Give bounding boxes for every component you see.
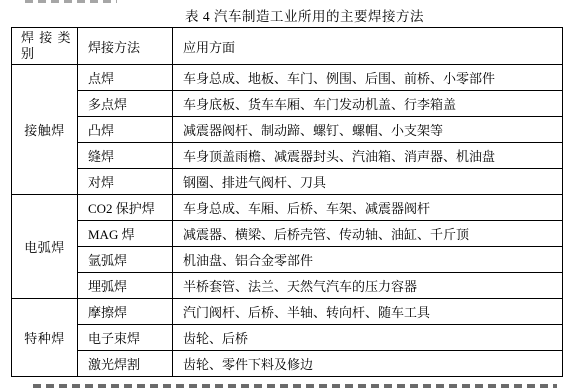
table-row: 埋弧焊半桥套管、法兰、天然气汽车的压力容器	[12, 273, 563, 299]
clipped-text-fragment-top	[25, 0, 117, 3]
category-cell: 电弧焊	[12, 195, 78, 299]
table-row: 接触焊点焊车身总成、地板、车门、例围、后围、前桥、小零部件	[12, 65, 563, 91]
application-cell: 齿轮、零件下料及修边	[173, 351, 563, 377]
clipped-text-fragment-bottom	[33, 384, 557, 388]
table-row: 激光焊割齿轮、零件下料及修边	[12, 351, 563, 377]
application-cell: 车身底板、货车车厢、车门发动机盖、行李箱盖	[173, 91, 563, 117]
table-row: 对焊钢圈、排进气阀杆、刀具	[12, 169, 563, 195]
welding-methods-table: 焊 接 类 别 焊接方法 应用方面 接触焊点焊车身总成、地板、车门、例围、后围、…	[11, 27, 563, 377]
category-cell: 特种焊	[12, 299, 78, 377]
method-cell: 对焊	[78, 169, 173, 195]
method-cell: CO2 保护焊	[78, 195, 173, 221]
application-cell: 车身总成、地板、车门、例围、后围、前桥、小零部件	[173, 65, 563, 91]
application-cell: 半桥套管、法兰、天然气汽车的压力容器	[173, 273, 563, 299]
header-welding-method: 焊接方法	[78, 28, 173, 65]
application-cell: 减震器、横梁、后桥壳管、传动轴、油缸、千斤顶	[173, 221, 563, 247]
header-row: 焊 接 类 别 焊接方法 应用方面	[12, 28, 563, 65]
method-cell: 埋弧焊	[78, 273, 173, 299]
method-cell: 点焊	[78, 65, 173, 91]
method-cell: 缝焊	[78, 143, 173, 169]
method-cell: 摩擦焊	[78, 299, 173, 325]
header-application: 应用方面	[173, 28, 563, 65]
application-cell: 车身顶盖雨檐、减震器封头、汽油箱、消声器、机油盘	[173, 143, 563, 169]
table-caption: 表 4 汽车制造工业所用的主要焊接方法	[0, 5, 571, 25]
header-welding-category: 焊 接 类 别	[12, 28, 78, 65]
method-cell: 凸焊	[78, 117, 173, 143]
welding-table-body: 接触焊点焊车身总成、地板、车门、例围、后围、前桥、小零部件多点焊车身底板、货车车…	[12, 65, 563, 377]
table-row: 特种焊摩擦焊汽门阀杆、后桥、半轴、转向杆、随车工具	[12, 299, 563, 325]
application-cell: 车身总成、车厢、后桥、车架、减震器阀杆	[173, 195, 563, 221]
method-cell: 氩弧焊	[78, 247, 173, 273]
table-row: 多点焊车身底板、货车车厢、车门发动机盖、行李箱盖	[12, 91, 563, 117]
application-cell: 汽门阀杆、后桥、半轴、转向杆、随车工具	[173, 299, 563, 325]
category-cell: 接触焊	[12, 65, 78, 195]
method-cell: 激光焊割	[78, 351, 173, 377]
application-cell: 减震器阀杆、制动蹄、螺钉、螺帽、小支架等	[173, 117, 563, 143]
application-cell: 齿轮、后桥	[173, 325, 563, 351]
method-cell: 多点焊	[78, 91, 173, 117]
document-page: 表 4 汽车制造工业所用的主要焊接方法 焊 接 类 别 焊接方法 应用方面 接触…	[0, 0, 571, 388]
method-cell: MAG 焊	[78, 221, 173, 247]
application-cell: 机油盘、铝合金零部件	[173, 247, 563, 273]
table-row: 电弧焊CO2 保护焊车身总成、车厢、后桥、车架、减震器阀杆	[12, 195, 563, 221]
table-row: 电子束焊齿轮、后桥	[12, 325, 563, 351]
table-row: 凸焊减震器阀杆、制动蹄、螺钉、螺帽、小支架等	[12, 117, 563, 143]
method-cell: 电子束焊	[78, 325, 173, 351]
table-row: 氩弧焊机油盘、铝合金零部件	[12, 247, 563, 273]
application-cell: 钢圈、排进气阀杆、刀具	[173, 169, 563, 195]
table-row: MAG 焊减震器、横梁、后桥壳管、传动轴、油缸、千斤顶	[12, 221, 563, 247]
table-row: 缝焊车身顶盖雨檐、减震器封头、汽油箱、消声器、机油盘	[12, 143, 563, 169]
